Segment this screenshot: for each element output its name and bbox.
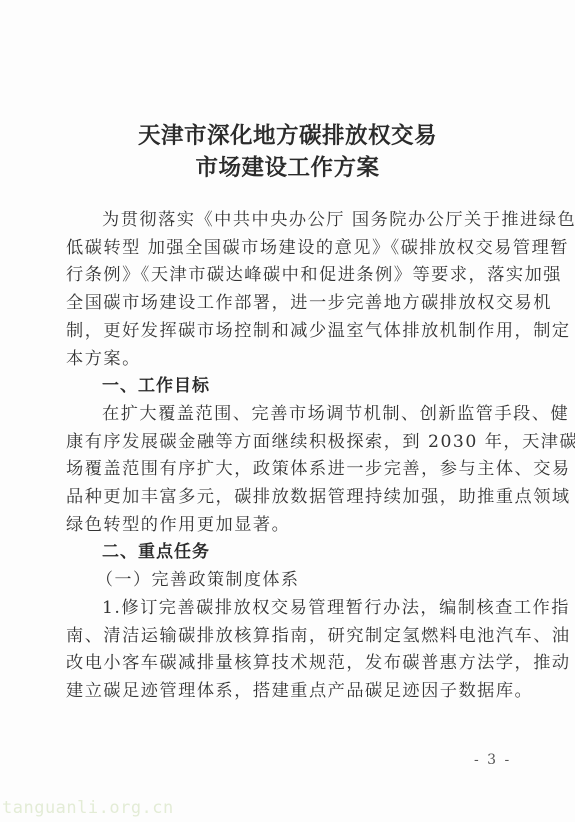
watermark: tanguanli.org.cn	[2, 798, 174, 818]
text-line: 绿色转型的作用更加显著。	[66, 512, 514, 540]
section-heading-work-goals: 一、工作目标	[66, 373, 514, 401]
work-goals-paragraph: 在扩大覆盖范围、完善市场调节机制、创新监管手段、健 康有序发展碳金融等方面继续积…	[66, 401, 514, 540]
text-line: 建立碳足迹管理体系，搭建重点产品碳足迹因子数据库。	[66, 678, 514, 706]
text-line: 场覆盖范围有序扩大，政策体系进一步完善，参与主体、交易	[66, 456, 514, 484]
section-heading-key-tasks: 二、重点任务	[66, 539, 514, 567]
intro-paragraph: 为贯彻落实《中共中央办公厅 国务院办公厅关于推进绿色 低碳转型 加强全国碳市场建…	[66, 207, 514, 373]
text-line: 康有序发展碳金融等方面继续积极探索，到 2030 年，天津碳市	[66, 429, 514, 457]
document-title-line-2: 市场建设工作方案	[0, 150, 575, 182]
page-number: - 3 -	[474, 752, 511, 768]
text-line: 本方案。	[66, 346, 514, 374]
text-line: 在扩大覆盖范围、完善市场调节机制、创新监管手段、健	[66, 401, 514, 429]
text-line: 行条例》《天津市碳达峰碳中和促进条例》等要求，落实加强	[66, 262, 514, 290]
document-title-line-1: 天津市深化地方碳排放权交易	[0, 118, 575, 150]
text-line: 全国碳市场建设工作部署，进一步完善地方碳排放权交易机	[66, 290, 514, 318]
text-line: 低碳转型 加强全国碳市场建设的意见》《碳排放权交易管理暂	[66, 235, 514, 263]
text-line: 1.修订完善碳排放权交易管理暂行办法，编制核查工作指	[66, 595, 514, 623]
text-line: 改电小客车碳减排量核算技术规范，发布碳普惠方法学，推动	[66, 650, 514, 678]
document-body: 为贯彻落实《中共中央办公厅 国务院办公厅关于推进绿色 低碳转型 加强全国碳市场建…	[66, 207, 514, 706]
text-line: 制，更好发挥碳市场控制和减少温室气体排放机制作用，制定	[66, 318, 514, 346]
document-page: 天津市深化地方碳排放权交易 市场建设工作方案 为贯彻落实《中共中央办公厅 国务院…	[0, 0, 575, 822]
text-line: 为贯彻落实《中共中央办公厅 国务院办公厅关于推进绿色	[66, 207, 514, 235]
task-item-1-paragraph: 1.修订完善碳排放权交易管理暂行办法，编制核查工作指 南、清洁运输碳排放核算指南…	[66, 595, 514, 706]
text-line: 南、清洁运输碳排放核算指南，研究制定氢燃料电池汽车、油	[66, 623, 514, 651]
subsection-heading-policy-system: （一）完善政策制度体系	[66, 567, 514, 595]
text-line: 品种更加丰富多元，碳排放数据管理持续加强，助推重点领域	[66, 484, 514, 512]
